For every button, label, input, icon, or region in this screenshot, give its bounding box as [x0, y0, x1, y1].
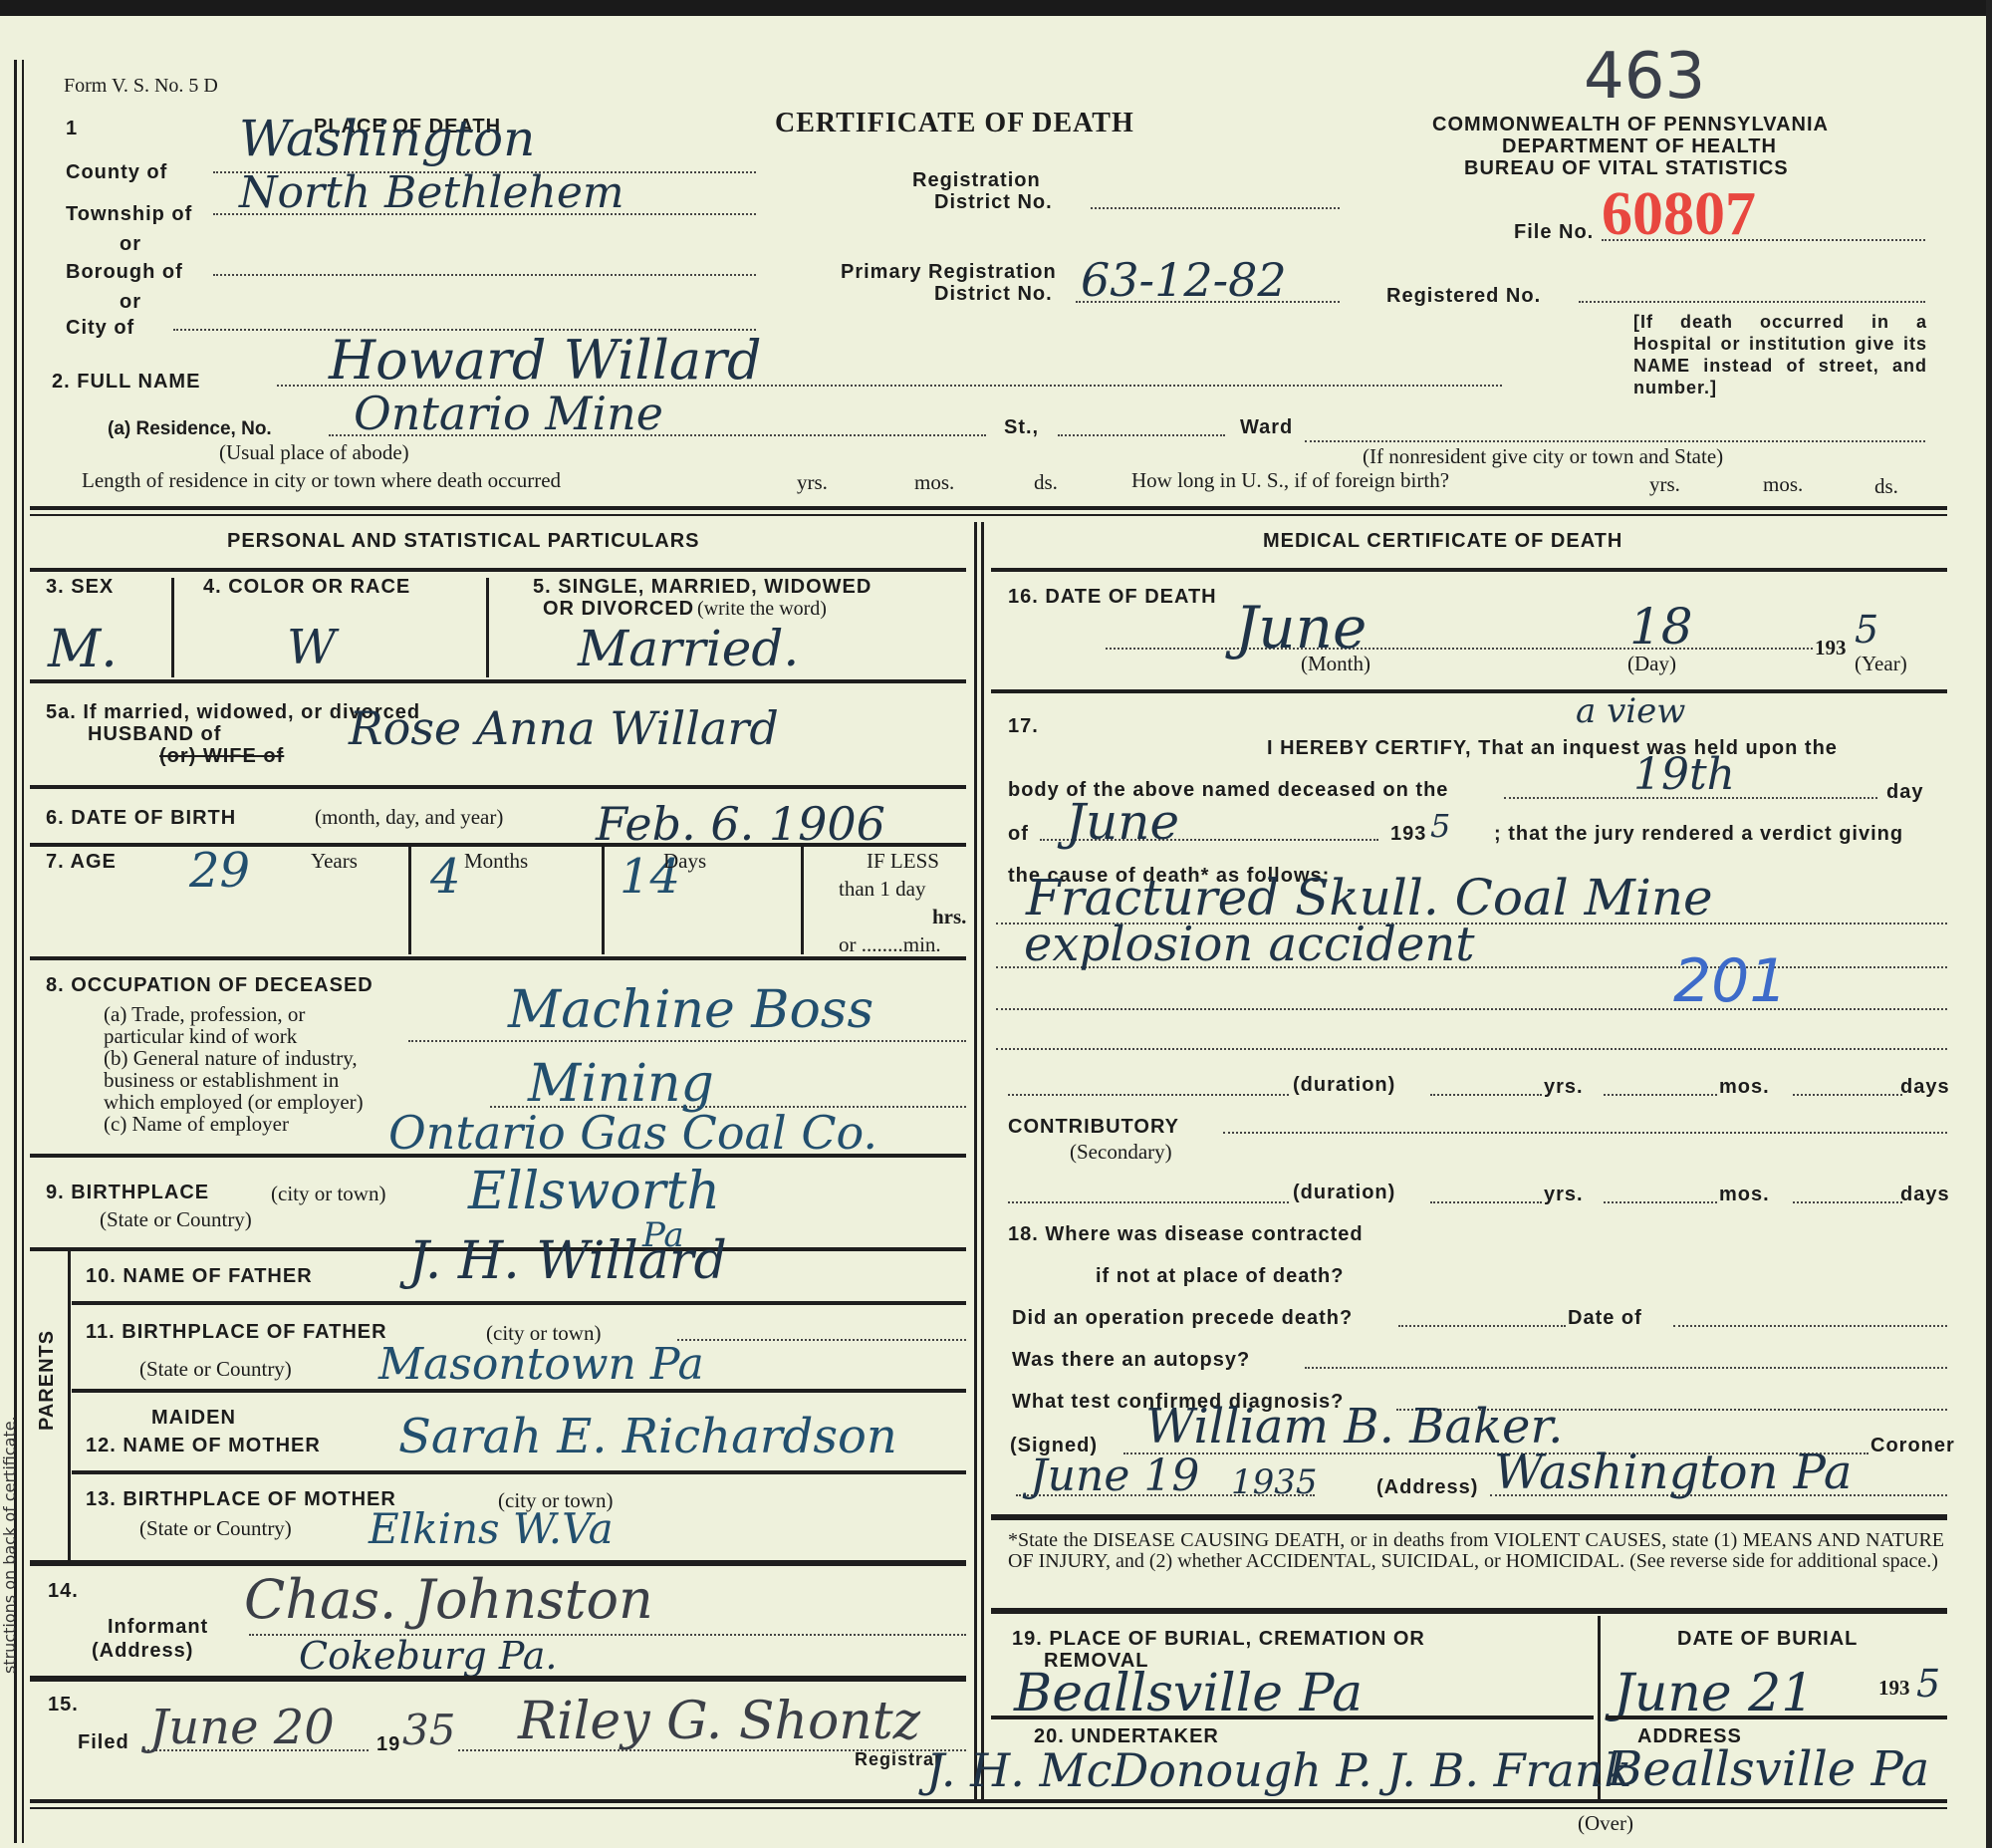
occ-c-value: Ontario Gas Coal Co. — [388, 1106, 877, 1160]
certify-day-value: 19th — [1633, 749, 1735, 800]
section-divider-top-2 — [30, 514, 1947, 516]
mother-birthplace-label: 13. BIRTHPLACE OF MOTHER — [86, 1488, 396, 1511]
dod-label: 16. DATE OF DEATH — [1008, 586, 1217, 609]
less-than-1: IF LESS — [867, 849, 939, 874]
certify-line-3c: ; that the jury rendered a verdict givin… — [1494, 823, 1903, 846]
year-sublabel: (Year) — [1855, 652, 1907, 676]
undertaker-address-value: Beallsville Pa — [1608, 1741, 1929, 1797]
personal-heading: PERSONAL AND STATISTICAL PARTICULARS — [227, 530, 700, 553]
rule-20-right — [1606, 1716, 1947, 1719]
column-divider-1 — [974, 522, 977, 1799]
agency-line-2: DEPARTMENT OF HEALTH — [1502, 135, 1777, 158]
registration-district-line — [1091, 207, 1340, 209]
parents-divider — [68, 1251, 71, 1560]
duration-2-days-line — [1793, 1201, 1902, 1203]
age-divider-3 — [801, 847, 804, 954]
bottom-rule-1 — [30, 1799, 1947, 1803]
cause-line-4 — [996, 1048, 1947, 1050]
township-label: Township of — [66, 203, 192, 226]
scan-edge-right — [1986, 0, 1992, 1848]
city-label: City of — [66, 317, 134, 340]
column-divider-2 — [981, 522, 984, 1799]
birthplace-label: 9. BIRTHPLACE — [46, 1182, 209, 1204]
address-label: (Address) — [1376, 1476, 1478, 1499]
hospital-note: [If death occurred in a Hospital or inst… — [1633, 311, 1927, 398]
marital-value: Married. — [578, 620, 799, 677]
duration-2-days: days — [1900, 1184, 1950, 1206]
rule-19 — [991, 1608, 1947, 1614]
rule-7 — [30, 843, 966, 847]
residence-sublabel: (Usual place of abode) — [219, 440, 409, 465]
cause-line-2-value: explosion accident — [1024, 917, 1475, 972]
duration-1-days-line — [1793, 1094, 1902, 1096]
age-label: 7. AGE — [46, 851, 117, 874]
certify-year-prefix: 193 — [1390, 823, 1426, 846]
marital-label-1: 5. SINGLE, MARRIED, WIDOWED — [533, 576, 871, 599]
rule-14 — [30, 1560, 966, 1566]
file-no-stamp: 60807 — [1602, 179, 1756, 250]
rule-9 — [30, 1154, 966, 1158]
mother-label-1: MAIDEN — [151, 1407, 236, 1430]
rule-20-left — [991, 1716, 1594, 1719]
rule-footnote — [991, 1514, 1947, 1520]
father-label: 10. NAME OF FATHER — [86, 1265, 313, 1288]
occ-a-line — [408, 1040, 966, 1042]
rule-16 — [991, 568, 1947, 572]
rule-personal — [30, 568, 966, 572]
burial-date-label: DATE OF BURIAL — [1677, 1628, 1858, 1651]
rule-6 — [30, 785, 966, 789]
or-label-2: or — [120, 291, 141, 314]
operation-line — [1398, 1325, 1566, 1327]
foreign-birth-label: How long in U. S., if of foreign birth? — [1131, 468, 1449, 493]
duration-1-mos: mos. — [1719, 1076, 1770, 1099]
foreign-ds: ds. — [1874, 474, 1898, 499]
birthplace-sub-2: (State or Country) — [100, 1207, 252, 1232]
duration-2-line — [1008, 1201, 1289, 1203]
registration-label-1: Registration — [912, 169, 1041, 192]
burial-year-prefix: 193 — [1878, 1676, 1910, 1701]
pencil-sequence-number: 463 — [1584, 40, 1705, 114]
date-of-line — [1673, 1325, 1947, 1327]
duration-1-line — [1008, 1094, 1289, 1096]
bottom-rule-2 — [30, 1807, 1947, 1809]
rule-15 — [30, 1676, 966, 1682]
sex-divider — [171, 578, 174, 677]
rule-5a — [30, 679, 966, 683]
parents-label: PARENTS — [36, 1330, 59, 1431]
foreign-yrs: yrs. — [1649, 472, 1680, 497]
dob-sublabel: (month, day, and year) — [315, 805, 503, 830]
foreign-mos: mos. — [1763, 472, 1803, 497]
dod-line — [1106, 648, 1813, 650]
undertaker-value: J. H. McDonough P. J. B. Frank — [926, 1743, 1631, 1797]
filed-year-suffix: 35 — [402, 1706, 455, 1754]
operation-question: Did an operation precede death? — [1012, 1307, 1353, 1330]
burial-date-value: June 21 — [1614, 1664, 1814, 1723]
street-line — [1058, 434, 1225, 436]
age-divider-2 — [602, 847, 605, 954]
informant-address-label: (Address) — [92, 1640, 193, 1663]
age-years-value: 29 — [189, 843, 250, 899]
father-birthplace-value: Masontown Pa — [378, 1339, 704, 1390]
informant-address-value: Cokeburg Pa. — [299, 1634, 557, 1678]
marital-label-3: (write the word) — [697, 598, 827, 621]
agency-line-3: BUREAU OF VITAL STATISTICS — [1464, 157, 1789, 180]
nonresident-note: (If nonresident give city or town and St… — [1363, 444, 1723, 469]
marital-label-2: OR DIVORCED — [543, 598, 694, 621]
filed-label: Filed — [78, 1731, 129, 1754]
secondary-label: (Secondary) — [1070, 1140, 1172, 1165]
spouse-value: Rose Anna Willard — [349, 701, 779, 755]
sex-value: M. — [48, 620, 118, 679]
certify-line-3a: of — [1008, 823, 1029, 846]
month-sublabel: (Month) — [1301, 652, 1370, 676]
full-name-value: Howard Willard — [329, 329, 762, 392]
primary-registration-value: 63-12-82 — [1081, 253, 1287, 307]
occ-a-value: Machine Boss — [508, 980, 873, 1040]
occ-b-value: Mining — [528, 1054, 714, 1114]
contributory-line — [1223, 1132, 1947, 1134]
rule-17 — [991, 689, 1947, 693]
township-value: North Bethlehem — [239, 167, 624, 218]
duration-1-yrs: yrs. — [1544, 1076, 1584, 1099]
mother-label-2: 12. NAME OF MOTHER — [86, 1435, 321, 1457]
father-birthplace-label: 11. BIRTHPLACE OF FATHER — [86, 1321, 387, 1344]
agency-line-1: COMMONWEALTH OF PENNSYLVANIA — [1432, 114, 1829, 136]
cause-code-value: 201 — [1673, 946, 1788, 1016]
over-label: (Over) — [1578, 1811, 1633, 1836]
burial-year-suffix: 5 — [1916, 1662, 1940, 1706]
dod-year-suffix: 5 — [1855, 608, 1878, 652]
form-number: Form V. S. No. 5 D — [64, 75, 218, 98]
spouse-label-2: HUSBAND of — [88, 723, 221, 746]
registration-label-2: District No. — [934, 191, 1053, 214]
mother-value: Sarah E. Richardson — [398, 1409, 897, 1464]
father-birthplace-line — [677, 1339, 966, 1341]
certify-line-2b: day — [1886, 781, 1923, 804]
duration-1-days: days — [1900, 1076, 1950, 1099]
duration-2-mos: mos. — [1719, 1184, 1770, 1206]
duration-2-yrs-line — [1430, 1201, 1542, 1203]
race-label: 4. COLOR OR RACE — [203, 576, 410, 599]
filed-number: 15. — [48, 1694, 79, 1716]
days-label: Days — [663, 849, 706, 874]
item-1-number: 1 — [66, 118, 78, 140]
section-divider-top — [30, 506, 1947, 510]
cause-footnote: *State the DISEASE CAUSING DEATH, or in … — [1008, 1530, 1944, 1572]
sex-label: 3. SEX — [46, 576, 114, 599]
signed-year-value: 1935 — [1231, 1462, 1318, 1502]
file-no-label: File No. — [1514, 221, 1594, 244]
birthplace-sub-1: (city or town) — [271, 1182, 385, 1206]
duration-2-yrs: yrs. — [1544, 1184, 1584, 1206]
length-residence-label: Length of residence in city or town wher… — [82, 468, 561, 493]
county-label: County of — [66, 161, 167, 184]
border-left-inner — [22, 60, 24, 1843]
address-value: Washington Pa — [1494, 1445, 1852, 1500]
informant-value: Chas. Johnston — [244, 1568, 653, 1631]
less-than-2: than 1 day — [839, 877, 925, 902]
occ-c: (c) Name of employer — [104, 1112, 289, 1137]
rule-8 — [30, 956, 966, 960]
autopsy-question: Was there an autopsy? — [1012, 1349, 1250, 1372]
father-value: J. H. Willard — [408, 1231, 727, 1291]
date-of-label: Date of — [1568, 1307, 1642, 1330]
borough-label: Borough of — [66, 261, 183, 284]
registrar-signature: Riley G. Shontz — [518, 1692, 920, 1751]
registered-no-line — [1579, 301, 1925, 303]
residence-label: (a) Residence, No. — [108, 418, 272, 440]
duration-1-yrs-line — [1430, 1094, 1542, 1096]
item-17-number: 17. — [1008, 715, 1039, 738]
duration-1-label: (duration) — [1293, 1074, 1395, 1097]
certificate-title: CERTIFICATE OF DEATH — [775, 108, 1134, 139]
dod-day-value: 18 — [1629, 598, 1693, 656]
ward-label: Ward — [1240, 416, 1293, 439]
father-birthplace-sub-2: (State or Country) — [139, 1357, 292, 1382]
spouse-label-3: (or) WIFE of — [159, 745, 284, 768]
borough-line — [213, 274, 756, 276]
medical-heading: MEDICAL CERTIFICATE OF DEATH — [1263, 530, 1622, 553]
less-than-4: or ........min. — [839, 932, 941, 957]
certify-line-1: I HEREBY CERTIFY, That an inquest was he… — [1267, 737, 1838, 760]
age-months-value: 4 — [430, 849, 461, 905]
street-label: St., — [1004, 416, 1039, 439]
occupation-label: 8. OCCUPATION OF DECEASED — [46, 974, 373, 997]
years-label: Years — [311, 849, 358, 874]
side-instructions-text: structions on back of certificate. — [0, 1416, 19, 1674]
ward-line — [1305, 440, 1925, 442]
duration-2-label: (duration) — [1293, 1182, 1395, 1204]
autopsy-line — [1305, 1367, 1947, 1369]
primary-registration-label-2: District No. — [934, 283, 1053, 306]
mother-birthplace-sub-2: (State or Country) — [139, 1516, 292, 1541]
coroner-label: Coroner — [1870, 1435, 1955, 1457]
scan-edge-top — [0, 0, 1992, 16]
filed-year-prefix: 19 — [376, 1733, 400, 1756]
q18-line-1: 18. Where was disease contracted — [1008, 1223, 1364, 1246]
dod-year-prefix: 193 — [1815, 636, 1847, 660]
registered-no-label: Registered No. — [1386, 285, 1541, 308]
day-sublabel: (Day) — [1627, 652, 1676, 676]
rule-11 — [72, 1301, 966, 1305]
contributory-label: CONTRIBUTORY — [1008, 1116, 1179, 1139]
length-ds: ds. — [1034, 470, 1058, 495]
rule-12 — [72, 1389, 966, 1393]
county-value: Washington — [239, 110, 535, 167]
q18-line-2: if not at place of death? — [1096, 1265, 1344, 1288]
length-yrs: yrs. — [797, 470, 828, 495]
less-than-3: hrs. — [932, 905, 966, 929]
months-label: Months — [464, 849, 528, 874]
rule-13 — [72, 1470, 966, 1474]
full-name-label: 2. FULL NAME — [52, 371, 200, 394]
duration-1-mos-line — [1604, 1094, 1717, 1096]
cause-line-3 — [996, 1008, 1947, 1010]
duration-2-mos-line — [1604, 1201, 1717, 1203]
dob-label: 6. DATE OF BIRTH — [46, 807, 236, 830]
birthplace-value: Ellsworth — [468, 1162, 720, 1221]
burial-label-1: 19. PLACE OF BURIAL, CREMATION OR — [1012, 1628, 1425, 1651]
race-divider — [486, 578, 489, 677]
race-value: W — [287, 620, 336, 675]
residence-value: Ontario Mine — [354, 387, 663, 440]
or-label-1: or — [120, 233, 141, 256]
certify-year-suffix: 5 — [1430, 807, 1450, 845]
certify-month-value: June — [1066, 793, 1179, 851]
age-divider-1 — [408, 847, 411, 954]
length-mos: mos. — [914, 470, 954, 495]
informant-number: 14. — [48, 1580, 79, 1603]
burial-place-value: Beallsville Pa — [1014, 1664, 1363, 1723]
signed-date-value: June 19 — [1030, 1451, 1199, 1501]
filed-date-value: June 20 — [149, 1700, 335, 1755]
mother-birthplace-value: Elkins W.Va — [369, 1504, 614, 1553]
inserted-word: a view — [1576, 691, 1685, 731]
informant-label: Informant — [108, 1616, 208, 1639]
primary-registration-label-1: Primary Registration — [841, 261, 1057, 284]
